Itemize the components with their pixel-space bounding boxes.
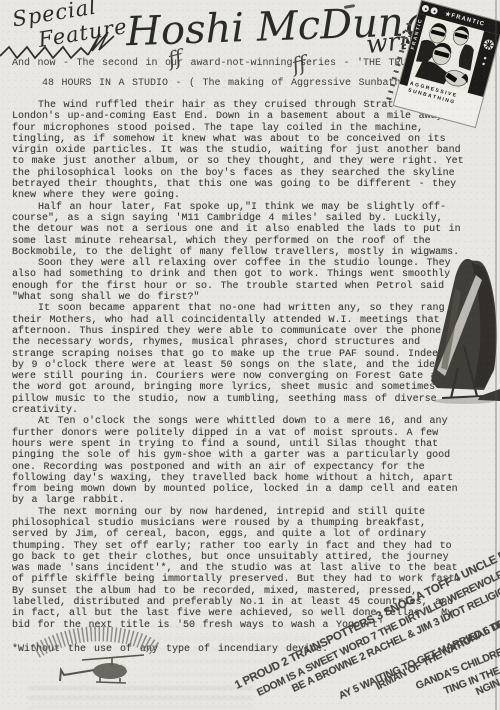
article-paragraph: At Ten o'clock the songs were whittled d… — [12, 416, 464, 506]
hang-glider-photo — [424, 248, 500, 408]
ink-bleed-through — [150, 600, 310, 680]
article-column: And now - The second in our award-not-wi… — [12, 58, 464, 631]
record-logo-icon — [421, 4, 430, 13]
article-paragraph: Half an hour later, Fat spoke up,"I thin… — [12, 202, 464, 258]
record-logo-icon — [430, 7, 439, 16]
article-paragraph: Soon they were all relaxing over coffee … — [12, 258, 464, 303]
album-sleeve: ★ FRANTIC FRANTIC — [393, 0, 500, 128]
article-paragraph: It soon became apparent that no-one had … — [12, 303, 464, 416]
ink-bleed-through — [28, 686, 253, 708]
scan-edge-line — [495, 0, 497, 710]
article-body: The wind ruffled their hair as they crui… — [12, 100, 464, 631]
zine-page: Special Feature Hoshi McDung writes ff f… — [0, 0, 500, 710]
article-paragraph: The wind ruffled their hair as they crui… — [12, 100, 464, 202]
